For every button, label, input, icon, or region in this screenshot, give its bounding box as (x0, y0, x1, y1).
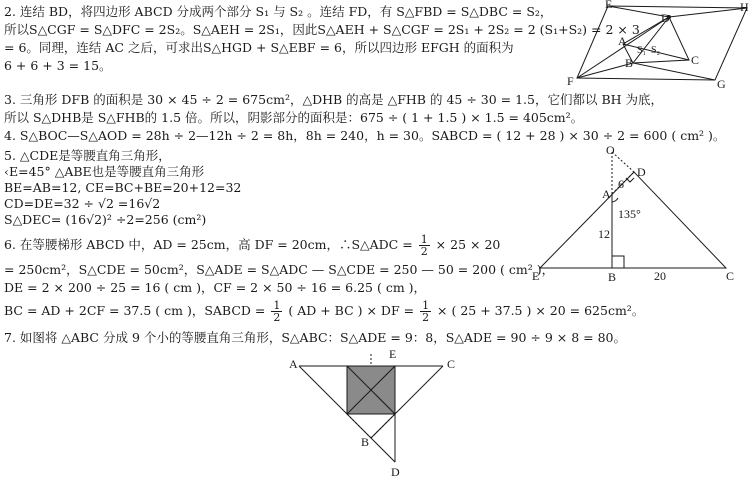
q5-line-2: ‹E=45° △ABE也是等腰直角三角形 (4, 164, 204, 180)
fraction-half: 1 2 (271, 300, 282, 323)
q6-line-2: = 250cm²，S△CDE = 50cm²，S△ADE = S△ADC — S… (4, 262, 554, 278)
q6-line-3: DE = 2 × 200 ÷ 25 = 16 ( cm )，CF = 2 × 5… (4, 280, 426, 296)
svg-text:135°: 135° (618, 207, 641, 221)
q3-line-2: 所以 S△DHB是 S△FHB的 1.5 倍。所以，阴影部分的面积是：675 ÷… (4, 110, 583, 126)
q2-line-2: 所以S△CGF = S△DFC = 2S₂。S△AEH = 2S₁，因此S△AE… (4, 22, 640, 38)
svg-text:H: H (740, 0, 749, 14)
fraction-half: 1 2 (420, 300, 431, 323)
svg-text:C: C (726, 269, 734, 282)
fraction-half: 1 2 (419, 234, 430, 257)
figure-quadrilateral-efgh: E H D A S₁ S₂ B C F G (565, 0, 755, 90)
svg-text:S₂: S₂ (651, 45, 660, 56)
svg-text:C: C (447, 357, 455, 371)
svg-text:6: 6 (618, 177, 624, 191)
q6-line-1: 6. 在等腰梯形 ABCD 中，AD = 25cm，高 DF = 20cm，∴S… (4, 234, 500, 257)
q6-line-4: BC = AD + 2CF = 37.5 ( cm )，SABCD = 1 2 … (4, 300, 644, 323)
svg-text:B: B (608, 270, 616, 282)
q2-line-1: 2. 连结 BD，将四边形 ABCD 分成两个部分 S₁ 与 S₂ 。连结 FD… (4, 4, 552, 20)
q5-line-4: CD=DE=32 ÷ √2 =16√2 (4, 196, 160, 212)
q5-line-5: S△DEC= (16√2)² ÷2=256 (cm²) (4, 212, 206, 228)
figure-triangle-cde: O D A 6 135° 12 B 20 C E (530, 142, 755, 282)
q7-line: 7. 如图将 △ABC 分成 9 个小的等腰直角三角形，S△ABC：S△ADE … (4, 330, 626, 346)
svg-text:E: E (605, 0, 612, 11)
svg-text:A: A (289, 357, 298, 371)
svg-text:A: A (602, 187, 611, 201)
svg-text:D: D (661, 11, 670, 25)
svg-text:F: F (567, 74, 574, 88)
svg-text:20: 20 (654, 269, 666, 282)
svg-text:C: C (691, 53, 699, 67)
svg-text:A: A (618, 34, 627, 48)
svg-text:B: B (361, 435, 369, 449)
q3-line-1: 3. 三角形 DFB 的面积是 30 × 45 ÷ 2 = 675cm²，△DH… (4, 92, 663, 108)
q2-line-4: 6 + 6 + 3 = 15。 (4, 58, 112, 74)
svg-text:D: D (637, 165, 646, 179)
svg-text:D: D (391, 465, 400, 479)
q5-line-1: 5. △CDE是等腰直角三角形， (4, 148, 171, 164)
q2-line-3: = 6。同理，连结 AC 之后，可求出S△HGD + S△EBF = 6，所以四… (4, 40, 514, 56)
svg-text:O: O (606, 143, 615, 157)
svg-text:12: 12 (598, 227, 610, 241)
q5-line-3: BE=AB=12, CE=BC+BE=20+12=32 (4, 180, 241, 196)
svg-text:B: B (625, 56, 633, 70)
svg-text:E: E (389, 347, 396, 361)
svg-text:S₁: S₁ (637, 45, 646, 56)
figure-triangle-abc: A E C B D (285, 346, 465, 483)
svg-text:G: G (717, 77, 726, 90)
